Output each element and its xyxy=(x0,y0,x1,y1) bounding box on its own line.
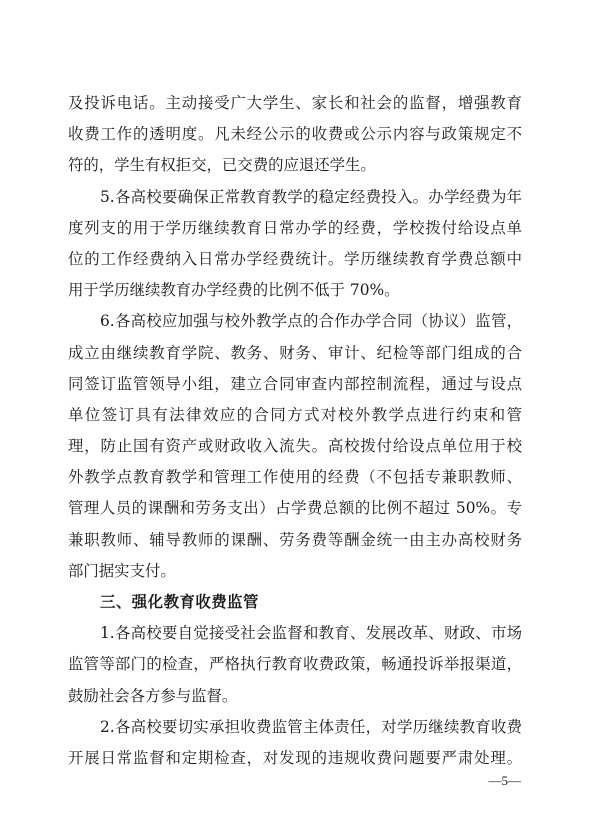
paragraph-item-1: 1.各高校要自觉接受社会监督和教育、发展改革、财政、市场 监管等部门的检查，严格… xyxy=(68,618,522,712)
text-line: 及投诉电话。主动接受广大学生、家长和社会的监督，增强教育 xyxy=(68,88,522,119)
heading-text: 三、强化教育收费监管 xyxy=(68,587,522,618)
paragraph-item-6: 6.各高校应加强与校外教学点的合作办学合同（协议）监管， 成立由继续教育学院、教… xyxy=(68,306,522,587)
paragraph-continuation: 及投诉电话。主动接受广大学生、家长和社会的监督，增强教育 收费工作的透明度。凡未… xyxy=(68,88,522,182)
text-line: 开展日常监督和定期检查，对发现的违规收费问题要严肃处理。 xyxy=(68,743,522,774)
text-line: 管理人员的课酬和劳务支出）占学费总额的比例不超过 50%。专 xyxy=(68,493,522,524)
text-line: 同签订监管领导小组，建立合同审查内部控制流程，通过与设点 xyxy=(68,369,522,400)
text-line: 2.各高校要切实承担收费监管主体责任，对学历继续教育收费 xyxy=(68,712,522,743)
text-line: 位的工作经费纳入日常办学经费统计。学历继续教育学费总额中 xyxy=(68,244,522,275)
text-line: 1.各高校要自觉接受社会监督和教育、发展改革、财政、市场 xyxy=(68,618,522,649)
section-heading: 三、强化教育收费监管 xyxy=(68,587,522,618)
text-line: 部门据实支付。 xyxy=(68,556,522,587)
text-line: 单位签订具有法律效应的合同方式对校外教学点进行约束和管 xyxy=(68,400,522,431)
text-line: 符的，学生有权拒交，已交费的应退还学生。 xyxy=(68,150,522,181)
text-line: 度列支的用于学历继续教育日常办学的经费，学校拨付给设点单 xyxy=(68,213,522,244)
text-line: 5.各高校要确保正常教育教学的稳定经费投入。办学经费为年 xyxy=(68,182,522,213)
text-line: 鼓励社会各方参与监督。 xyxy=(68,681,522,712)
text-line: 成立由继续教育学院、教务、财务、审计、纪检等部门组成的合 xyxy=(68,338,522,369)
text-line: 监管等部门的检查，严格执行教育收费政策，畅通投诉举报渠道， xyxy=(68,649,522,680)
text-line: 理，防止国有资产或财政收入流失。高校拨付给设点单位用于校 xyxy=(68,431,522,462)
document-page: 及投诉电话。主动接受广大学生、家长和社会的监督，增强教育 收费工作的透明度。凡未… xyxy=(68,88,522,774)
text-line: 6.各高校应加强与校外教学点的合作办学合同（协议）监管， xyxy=(68,306,522,337)
page-number: —5— xyxy=(489,773,522,789)
paragraph-item-2: 2.各高校要切实承担收费监管主体责任，对学历继续教育收费 开展日常监督和定期检查… xyxy=(68,712,522,774)
paragraph-item-5: 5.各高校要确保正常教育教学的稳定经费投入。办学经费为年 度列支的用于学历继续教… xyxy=(68,182,522,307)
text-line: 收费工作的透明度。凡未经公示的收费或公示内容与政策规定不 xyxy=(68,119,522,150)
text-line: 用于学历继续教育办学经费的比例不低于 70%。 xyxy=(68,275,522,306)
text-line: 外教学点教育教学和管理工作使用的经费（不包括专兼职教师、 xyxy=(68,462,522,493)
text-line: 兼职教师、辅导教师的课酬、劳务费等酬金统一由主办高校财务 xyxy=(68,525,522,556)
